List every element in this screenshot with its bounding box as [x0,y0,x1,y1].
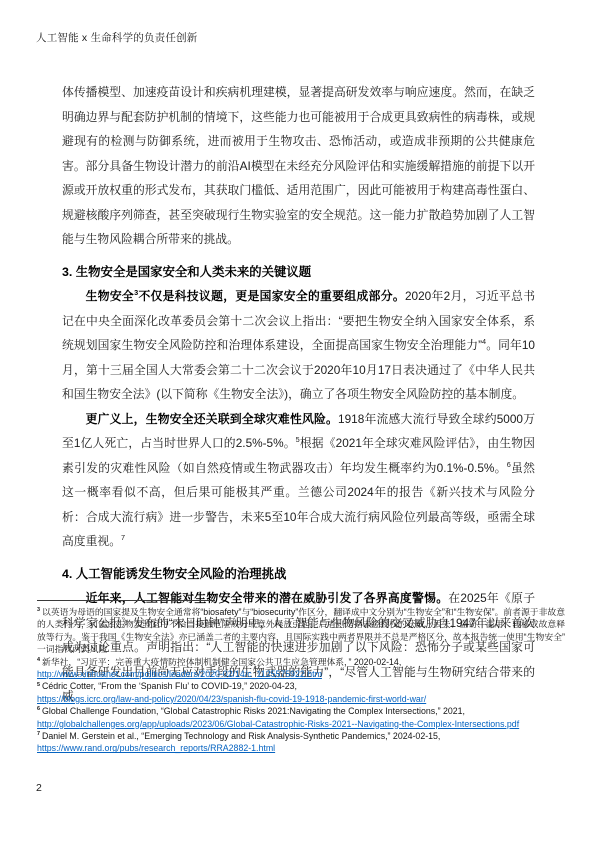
text-run: Daniel M. Gerstein et al., “Emerging Tec… [42,731,440,741]
body-paragraph: 更广义上，生物安全还关联到全球灾难性风险。1918年流感大流行导致全球约5000… [62,407,535,554]
footnote: 4新华社，“习近平：完善重大疫情防控体制机制健全国家公共卫生应急管理体系，” 2… [37,656,565,681]
text-run: Cédric Cotter, “From the ‘Spanish Flu’ t… [42,681,297,691]
section-heading: 3. 生物安全是国家安全和人类未来的关键议题 [62,260,535,285]
footnote-link[interactable]: http://globalchallenges.org/app/uploads/… [37,718,565,730]
footnotes-list: 3以英语为母语的国家提及生物安全通常将“biosafety”与“biosecur… [37,606,565,755]
page-number: 2 [36,782,42,794]
footnote-separator [37,600,215,601]
footnote: 6Global Challenge Foundation, “Global Ca… [37,705,565,730]
footnote-marker: 7 [37,731,40,737]
text-run: Global Challenge Foundation, “Global Cat… [42,706,465,716]
footnote-marker: 3 [37,607,40,613]
document-page: 人工智能 x 生命科学的负责任创新 体传播模型、加速疫苗设计和疾病机理建模，显著… [0,0,596,842]
footnote-marker: 6 [37,706,40,712]
text-run: 新华社，“习近平：完善重大疫情防控体制机制健全国家公共卫生应急管理体系，” 20… [42,657,401,667]
footnote-ref: 7 [121,533,125,542]
footnote-text: 6Global Challenge Foundation, “Global Ca… [37,705,565,717]
footnote-link[interactable]: http://www.xinhuanet.com/politics/leader… [37,668,565,680]
footnote: 5Cédric Cotter, “From the ‘Spanish Flu’ … [37,680,565,705]
footnote: 7Daniel M. Gerstein et al., “Emerging Te… [37,730,565,755]
text-run: 不仅是科技议题，更是国家安全的重要组成部分。 [138,289,405,303]
footnote-text: 5Cédric Cotter, “From the ‘Spanish Flu’ … [37,680,565,692]
footnote-marker: 4 [37,657,40,663]
footnote-link[interactable]: https://blogs.icrc.org/law-and-policy/20… [37,693,565,705]
section-heading: 4. 人工智能诱发生物安全风险的治理挑战 [62,562,535,587]
footnote-text: 7Daniel M. Gerstein et al., “Emerging Te… [37,730,565,742]
text-run: 生物安全 [86,289,134,303]
footnote-text: 3以英语为母语的国家提及生物安全通常将“biosafety”与“biosecur… [37,606,565,656]
footnote: 3以英语为母语的国家提及生物安全通常将“biosafety”与“biosecur… [37,606,565,656]
text-run: 更广义上，生物安全还关联到全球灾难性风险。 [86,412,338,426]
footnote-marker: 5 [37,682,40,688]
text-run: 以英语为母语的国家提及生物安全通常将“biosafety”与“biosecuri… [37,607,565,654]
page-header: 人工智能 x 生命科学的负责任创新 [36,30,197,45]
footnotes-section: 3以英语为母语的国家提及生物安全通常将“biosafety”与“biosecur… [37,600,565,755]
text-run: 体传播模型、加速疫苗设计和疾病机理建模，显著提高研发效率与响应速度。然而，在缺乏… [62,85,535,246]
footnote-text: 4新华社，“习近平：完善重大疫情防控体制机制健全国家公共卫生应急管理体系，” 2… [37,656,565,668]
body-paragraph: 生物安全3不仅是科技议题，更是国家安全的重要组成部分。2020年2月，习近平总书… [62,284,535,407]
footnote-link[interactable]: https://www.rand.org/pubs/research_repor… [37,742,565,754]
body-paragraph: 体传播模型、加速疫苗设计和疾病机理建模，显著提高研发效率与响应速度。然而，在缺乏… [62,80,535,252]
